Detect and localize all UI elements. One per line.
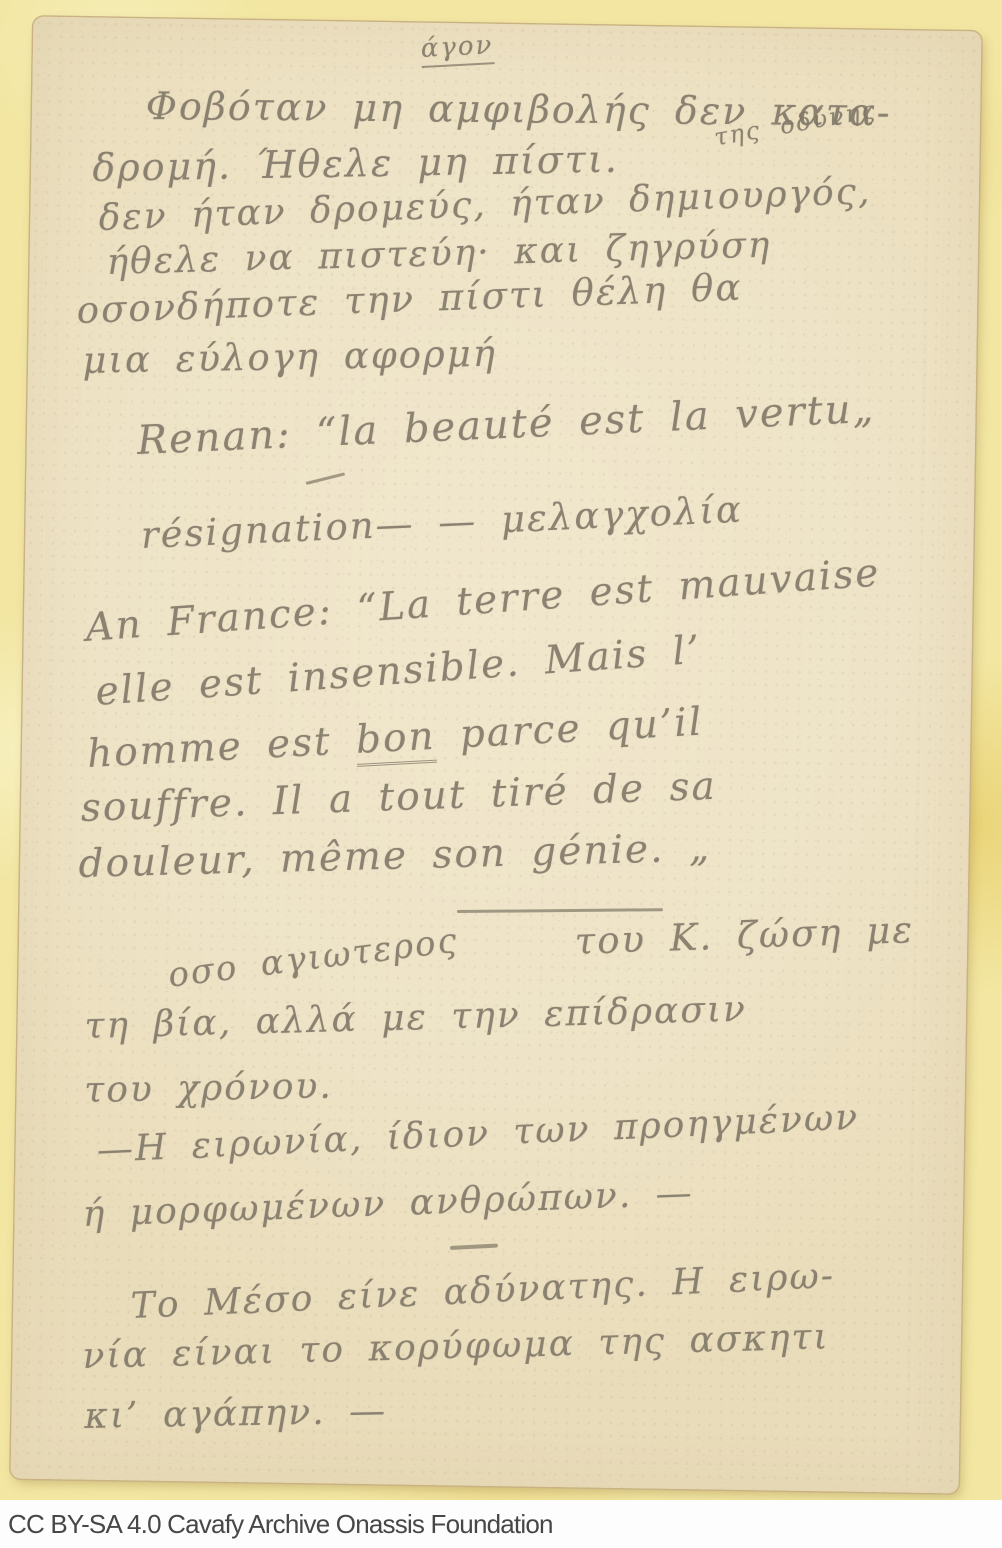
time-note-line: του χρόνου. (84, 1066, 333, 1111)
means-note-line: νία είναι το κορύφωμα της ασκητι (82, 1316, 830, 1377)
france-quote-line: souffre. Il a tout tiré de sa (80, 764, 717, 831)
france-l3-prefix: homme est (86, 718, 357, 777)
handwriting-line: μια εύλογη αφορμή (82, 332, 497, 382)
license-bar: CC BY-SA 4.0 Cavafy Archive Onassis Foun… (0, 1500, 1002, 1548)
france-quote-line: An France: “La terre est mauvaise (84, 550, 882, 650)
time-note-line: οσο αγιωτερος (166, 920, 461, 995)
pencil-overline-mark (457, 908, 663, 913)
france-quote-line: homme est bon parce qu’il (86, 700, 704, 777)
means-note-line: Το Μέσο είνε αδύνατης. Η ειρω- (130, 1255, 836, 1327)
renan-quote-line: Renan: “la beauté est la vertu„ (136, 386, 876, 464)
means-note-line: κι’ αγάπην. — (84, 1391, 387, 1437)
france-quote-line: douleur, même son génie. „ (78, 825, 712, 887)
scanned-manuscript-page: άγον Φοβόταν μη αμφιβολής δεν κατα- δρομ… (0, 0, 1002, 1548)
license-caption: CC BY-SA 4.0 Cavafy Archive Onassis Foun… (8, 1509, 553, 1540)
resignation-line: résignation— — μελαγχολία (140, 488, 744, 557)
handwriting-layer: άγον Φοβόταν μη αμφιβολής δεν κατα- δρομ… (0, 0, 1002, 1500)
irony-note-line: ή μορφωμένων ανθρώπων. — (82, 1173, 694, 1235)
underlined-word-bon: bon (355, 714, 437, 767)
time-note-line: του Κ. ζώση με (574, 908, 915, 963)
annotation-word: άγον (420, 30, 494, 64)
pencil-dash-mark (306, 472, 346, 485)
france-l3-suffix: parce qu’il (434, 700, 704, 759)
time-note-line: τη βία, αλλά με την επίδρασιν (84, 989, 747, 1047)
pencil-short-dash-mark (450, 1243, 498, 1250)
annotation-text: άγον (420, 30, 494, 68)
